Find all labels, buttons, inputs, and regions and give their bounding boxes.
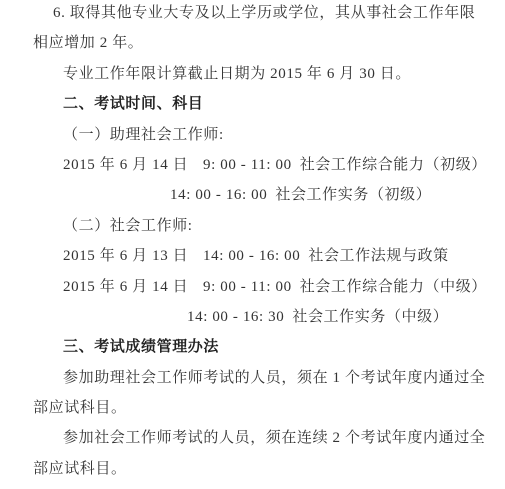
- document-page: 6. 取得其他专业大专及以上学历或学位，其从事社会工作年限 相应增加 2 年。 …: [0, 0, 505, 489]
- schedule-subject: 社会工作法规与政策: [308, 241, 448, 271]
- schedule-row: 14: 00 - 16: 00社会工作实务（初级）: [0, 180, 505, 210]
- schedule-time: 14: 00 - 16: 00: [203, 241, 300, 271]
- clause-6-line-1: 6. 取得其他专业大专及以上学历或学位，其从事社会工作年限: [0, 0, 505, 28]
- subsection-1-title: （一）助理社会工作师:: [0, 120, 505, 150]
- clause-6-line-2: 相应增加 2 年。: [0, 28, 505, 58]
- assistant-worker-para-line-1: 参加助理社会工作师考试的人员，须在 1 个考试年度内通过全: [0, 363, 505, 393]
- section-2-heading: 二、考试时间、科目: [0, 89, 505, 119]
- social-worker-para-line-2: 部应试科目。: [0, 454, 505, 484]
- schedule-row: 2015 年 6 月 14 日9: 00 - 11: 00社会工作综合能力（初级…: [0, 150, 505, 180]
- deadline-paragraph: 专业工作年限计算截止日期为 2015 年 6 月 30 日。: [0, 59, 505, 89]
- schedule-time: 9: 00 - 11: 00: [203, 150, 292, 180]
- schedule-date: 2015 年 6 月 13 日: [63, 241, 203, 271]
- section-3-heading: 三、考试成绩管理办法: [0, 332, 505, 362]
- schedule-time: 14: 00 - 16: 00: [170, 180, 267, 210]
- subsection-2-title: （二）社会工作师:: [0, 211, 505, 241]
- schedule-row: 2015 年 6 月 14 日9: 00 - 11: 00社会工作综合能力（中级…: [0, 272, 505, 302]
- schedule-time: 9: 00 - 11: 00: [203, 272, 292, 302]
- social-worker-para-line-1: 参加社会工作师考试的人员，须在连续 2 个考试年度内通过全: [0, 423, 505, 453]
- schedule-row: 2015 年 6 月 13 日14: 00 - 16: 00社会工作法规与政策: [0, 241, 505, 271]
- schedule-subject: 社会工作综合能力（初级）: [300, 150, 487, 180]
- document-body: 6. 取得其他专业大专及以上学历或学位，其从事社会工作年限 相应增加 2 年。 …: [0, 0, 505, 484]
- schedule-subject: 社会工作实务（中级）: [292, 302, 448, 332]
- schedule-subject: 社会工作综合能力（中级）: [300, 272, 487, 302]
- assistant-worker-para-line-2: 部应试科目。: [0, 393, 505, 423]
- schedule-time: 14: 00 - 16: 30: [187, 302, 284, 332]
- schedule-subject: 社会工作实务（初级）: [275, 180, 431, 210]
- schedule-row: 14: 00 - 16: 30社会工作实务（中级）: [0, 302, 505, 332]
- schedule-date: 2015 年 6 月 14 日: [63, 150, 203, 180]
- schedule-date: 2015 年 6 月 14 日: [63, 272, 203, 302]
